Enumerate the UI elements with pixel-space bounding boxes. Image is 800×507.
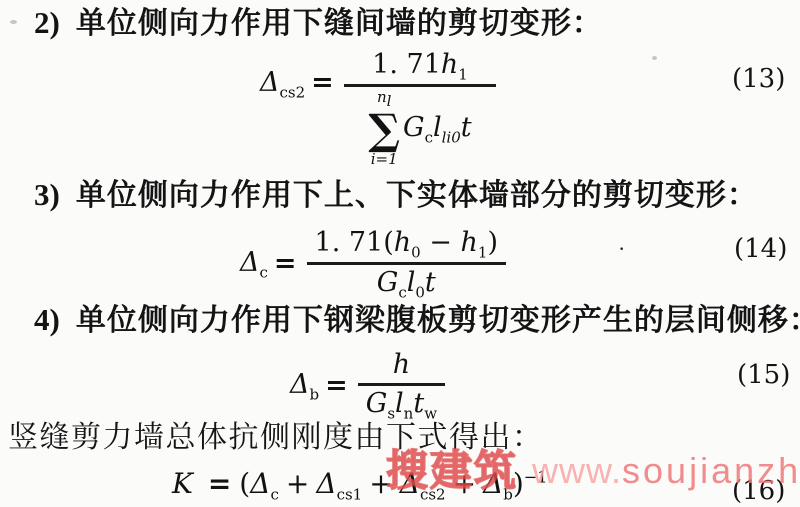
equals-sign: = — [274, 248, 297, 279]
denominator: Gcl0t — [369, 267, 444, 300]
minus-sign: − — [421, 227, 461, 258]
fraction: h Gslntw — [358, 349, 445, 421]
section-title: 单位侧向力作用下缝间墙的剪切变形： — [76, 7, 603, 40]
delta-symbol: Δ — [290, 369, 310, 400]
section-heading-4: 4)单位侧向力作用下钢梁腹板剪切变形产生的层间侧移： — [34, 301, 800, 340]
scan-speck — [10, 20, 17, 24]
summation: nl ∑ i=1 — [368, 90, 400, 167]
variable-K: K — [172, 467, 193, 500]
subscript-c: c — [270, 486, 278, 504]
sum-lower-limit: i=1 — [371, 152, 398, 167]
plus-sign: + — [453, 467, 476, 500]
document-page: 2)单位侧向力作用下缝间墙的剪切变形： Δcs2= 1. 71h1 nl ∑ i… — [0, 0, 800, 507]
fraction: 1. 71h1 nl ∑ i=1 Gclli0t — [344, 50, 496, 167]
subscript-c: c — [398, 284, 406, 302]
equation-15-lhs: Δb — [290, 369, 319, 402]
delta-subscript: c — [260, 264, 268, 282]
section-number: 2) — [34, 5, 60, 40]
variable-h: h — [441, 49, 458, 80]
close-paren: ) — [513, 467, 524, 500]
equation-number-13: (13) — [732, 64, 785, 94]
delta-symbol: Δ — [483, 467, 503, 500]
section-title: 单位侧向力作用下钢梁腹板剪切变形产生的层间侧移： — [76, 304, 800, 337]
subscript-cs2: cs2 — [420, 486, 446, 504]
denominator-terms: Gclli0t — [403, 112, 472, 145]
subscript-b: b — [503, 486, 513, 504]
sigma-symbol: ∑ — [368, 110, 400, 150]
plus-sign: + — [369, 467, 392, 500]
subscript-0: 0 — [415, 284, 425, 302]
equation-15: Δb = h Gslntw — [290, 349, 445, 421]
equals-sign: = — [208, 467, 231, 500]
superscript-inverse: −1 — [524, 468, 548, 487]
delta-symbol: Δ — [250, 467, 270, 500]
equation-14: Δc = 1. 71(h0 − h1) Gcl0t — [240, 227, 506, 301]
subscript-1: 1 — [478, 243, 488, 261]
delta-symbol: Δ — [240, 247, 260, 278]
delta-subscript: b — [310, 385, 320, 403]
denominator: Gslntw — [358, 388, 445, 421]
closing-text: 竖缝剪力墙总体抗侧刚度由下式得出： — [8, 419, 544, 457]
equation-14-lhs: Δc — [240, 247, 268, 280]
delta-symbol: Δ — [316, 467, 336, 500]
subscript-c: c — [425, 129, 433, 147]
variable-G: G — [377, 267, 399, 298]
equals-sign: = — [311, 67, 334, 98]
variable-G: G — [403, 112, 425, 143]
equals-sign: = — [325, 370, 348, 401]
equation-13-lhs: Δcs2= — [260, 67, 342, 100]
equation-number-16: (16) — [732, 476, 785, 506]
delta-subscript: cs2 — [280, 83, 306, 101]
variable-t: t — [413, 388, 424, 419]
equation-13: Δcs2= 1. 71h1 nl ∑ i=1 Gclli0t — [260, 50, 510, 170]
variable-n: n — [377, 88, 387, 106]
variable-l: l — [395, 388, 404, 419]
section-number: 3) — [34, 177, 60, 212]
fraction: 1. 71(h0 − h1) Gcl0t — [307, 227, 506, 301]
section-number: 4) — [34, 302, 60, 337]
stray-dot: · — [618, 236, 625, 262]
variable-t: t — [425, 267, 436, 298]
numerator: h — [385, 349, 418, 381]
numerator: 1. 71(h0 − h1) — [307, 227, 506, 260]
open-paren: ( — [239, 467, 250, 500]
equation-number-15: (15) — [737, 360, 790, 390]
subscript-li0: li0 — [442, 129, 461, 147]
plus-sign: + — [286, 467, 309, 500]
delta-symbol: Δ — [400, 467, 420, 500]
fraction-bar — [307, 262, 506, 265]
delta-symbol: Δ — [260, 67, 280, 98]
subscript-cs1: cs1 — [337, 486, 363, 504]
section-heading-3: 3)单位侧向力作用下上、下实体墙部分的剪切变形： — [34, 176, 758, 215]
variable-t: t — [461, 112, 472, 143]
fraction-bar — [358, 383, 445, 386]
coefficient: 1. 71( — [315, 227, 394, 258]
variable-h: h — [394, 227, 411, 258]
denominator: nl ∑ i=1 Gclli0t — [344, 89, 496, 167]
scan-speck — [652, 56, 657, 60]
variable-l: l — [433, 112, 442, 143]
section-title: 单位侧向力作用下上、下实体墙部分的剪切变形： — [76, 179, 758, 212]
variable-h: h — [461, 227, 478, 258]
coefficient: 1. 71 — [372, 49, 441, 80]
variable-G: G — [366, 388, 388, 419]
equation-16: K =(Δc+Δcs1+Δcs2+Δb)−1 — [172, 467, 547, 503]
close-paren: ) — [487, 227, 498, 258]
subscript-0: 0 — [411, 243, 421, 261]
subscript-1: 1 — [458, 65, 468, 83]
fraction-bar — [344, 84, 496, 87]
equation-number-14: (14) — [734, 234, 787, 264]
section-heading-2: 2)单位侧向力作用下缝间墙的剪切变形： — [34, 4, 603, 43]
numerator: 1. 71h1 — [344, 50, 496, 82]
variable-h: h — [393, 349, 410, 380]
